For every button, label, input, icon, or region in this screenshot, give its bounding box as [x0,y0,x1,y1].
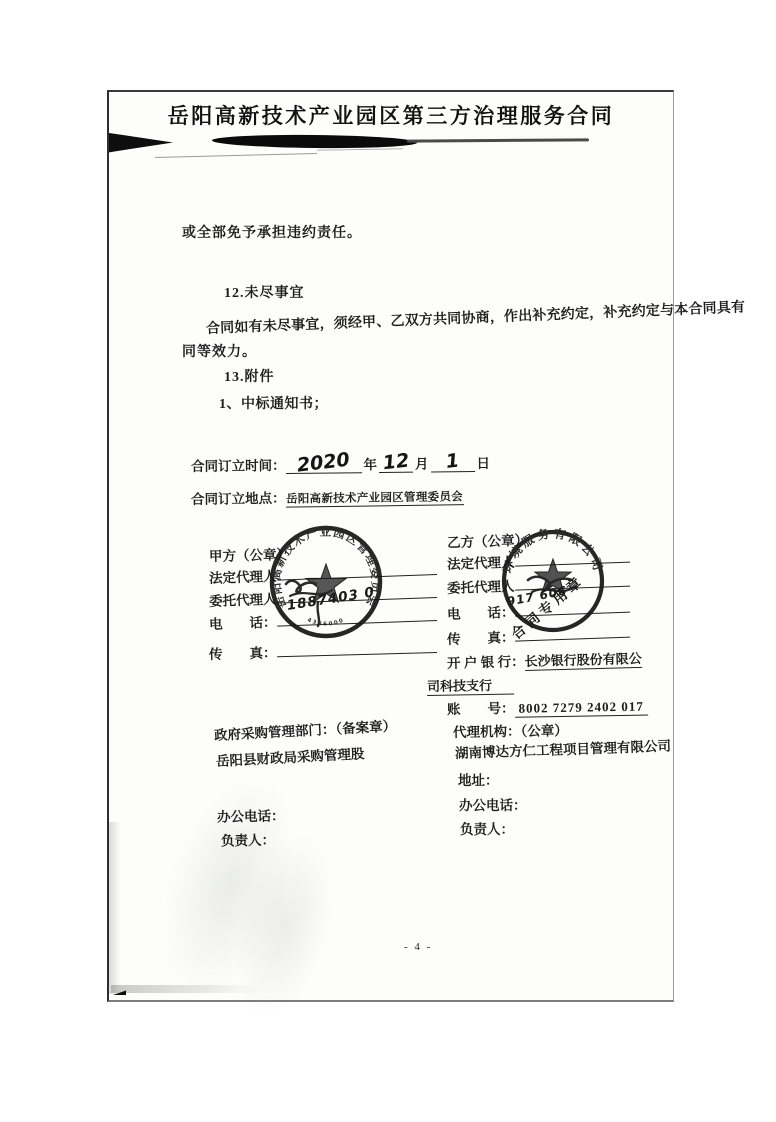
procurement-dept-label: 政府采购管理部门：（备案章） [213,714,396,744]
seal-serial-digits: 4306000 [306,617,346,627]
party-a-seal: 岳阳高新技术产业园区管理委员会 4306000 [266,522,386,642]
signing-year-field: 2020 [285,452,361,474]
signing-time-row: 合同订立时间：2020年12月1日 [191,451,490,475]
procurement-office-phone-label: 办公电话： [217,804,285,825]
year-unit: 年 [363,457,377,472]
row-label: 传 真： [209,645,277,662]
bank-label: 开 户 银 行： [447,654,525,671]
screenshot-root: { "page": { "title": "岳阳高新技术产业园区第三方治理服务合… [0,0,776,1122]
signing-place-value: 岳阳高新技术产业园区管理委员会 [285,488,463,507]
party-b-bank-row-continued: 司科技支行 [427,674,514,696]
signature-scribble [286,581,316,592]
section12-paragraph-line2: 同等效力。 [182,341,257,361]
scan-shadow-blob-2 [216,824,352,1031]
scan-artifact-streak-tail [407,138,589,142]
procurement-dept-name: 岳阳县财政局采购管理股 [215,742,364,770]
attachment-item: 1、中标通知书； [219,393,328,413]
scan-artifact-scratch-1 [155,153,317,158]
scanned-contract-page: 岳阳高新技术产业园区第三方治理服务合同 或全部免予承担违约责任。 12.未尽事宜… [107,90,674,1002]
party-b-account-row: 账 号：8002 7279 2402 017 [447,694,648,719]
scan-artifact-wedge [109,133,173,154]
signing-time-label: 合同订立时间： [191,458,286,474]
scan-shadow-bottom-smear [111,985,261,993]
agency-office-phone-label: 办公电话： [459,794,527,814]
signing-month-field: 12 [379,452,413,473]
party-b-seal: 环境服务有限公司 [500,528,606,634]
party-b-bank-row: 开 户 银 行：长沙银行股份有限公 [447,647,642,673]
page-number: - 4 - [404,941,432,953]
scan-corner-mark [113,988,126,995]
agency-manager-label: 负责人： [460,818,514,838]
bank-value-line2: 司科技支行 [427,674,514,696]
handwritten-year: 2020 [296,449,351,477]
scan-artifact-scratch-2 [317,148,403,151]
scan-shadow-left-strip [109,822,121,994]
signing-place-row: 合同订立地点：岳阳高新技术产业园区管理委员会 [191,484,464,509]
section12-heading: 12.未尽事宜 [224,282,305,302]
handwritten-day: 1 [445,450,461,473]
bank-value-line1: 长沙银行股份有限公 [524,648,641,671]
account-value: 8002 7279 2402 017 [514,698,648,717]
procurement-manager-label: 负责人： [221,829,275,850]
section12-paragraph-line1: 合同如有未尽事宜，须经甲、乙双方共同协商，作出补充约定，补充约定与本合同具有 [206,296,746,338]
signing-place-label: 合同订立地点： [191,491,286,507]
svg-text:4306000: 4306000 [306,617,346,627]
month-unit: 月 [415,457,429,472]
liability-line: 或全部免予承担违约责任。 [182,222,362,242]
day-unit: 日 [476,456,490,471]
handwritten-month: 12 [381,449,410,474]
section13-heading: 13.附件 [224,366,275,386]
agency-address-label: 地址： [458,769,499,789]
scan-artifact-streak [212,134,417,149]
scan-shadow-blob-1 [136,759,321,1015]
signing-day-field: 1 [430,451,474,472]
document-title: 岳阳高新技术产业园区第三方治理服务合同 [109,100,673,130]
account-label: 账 号： [447,701,515,717]
